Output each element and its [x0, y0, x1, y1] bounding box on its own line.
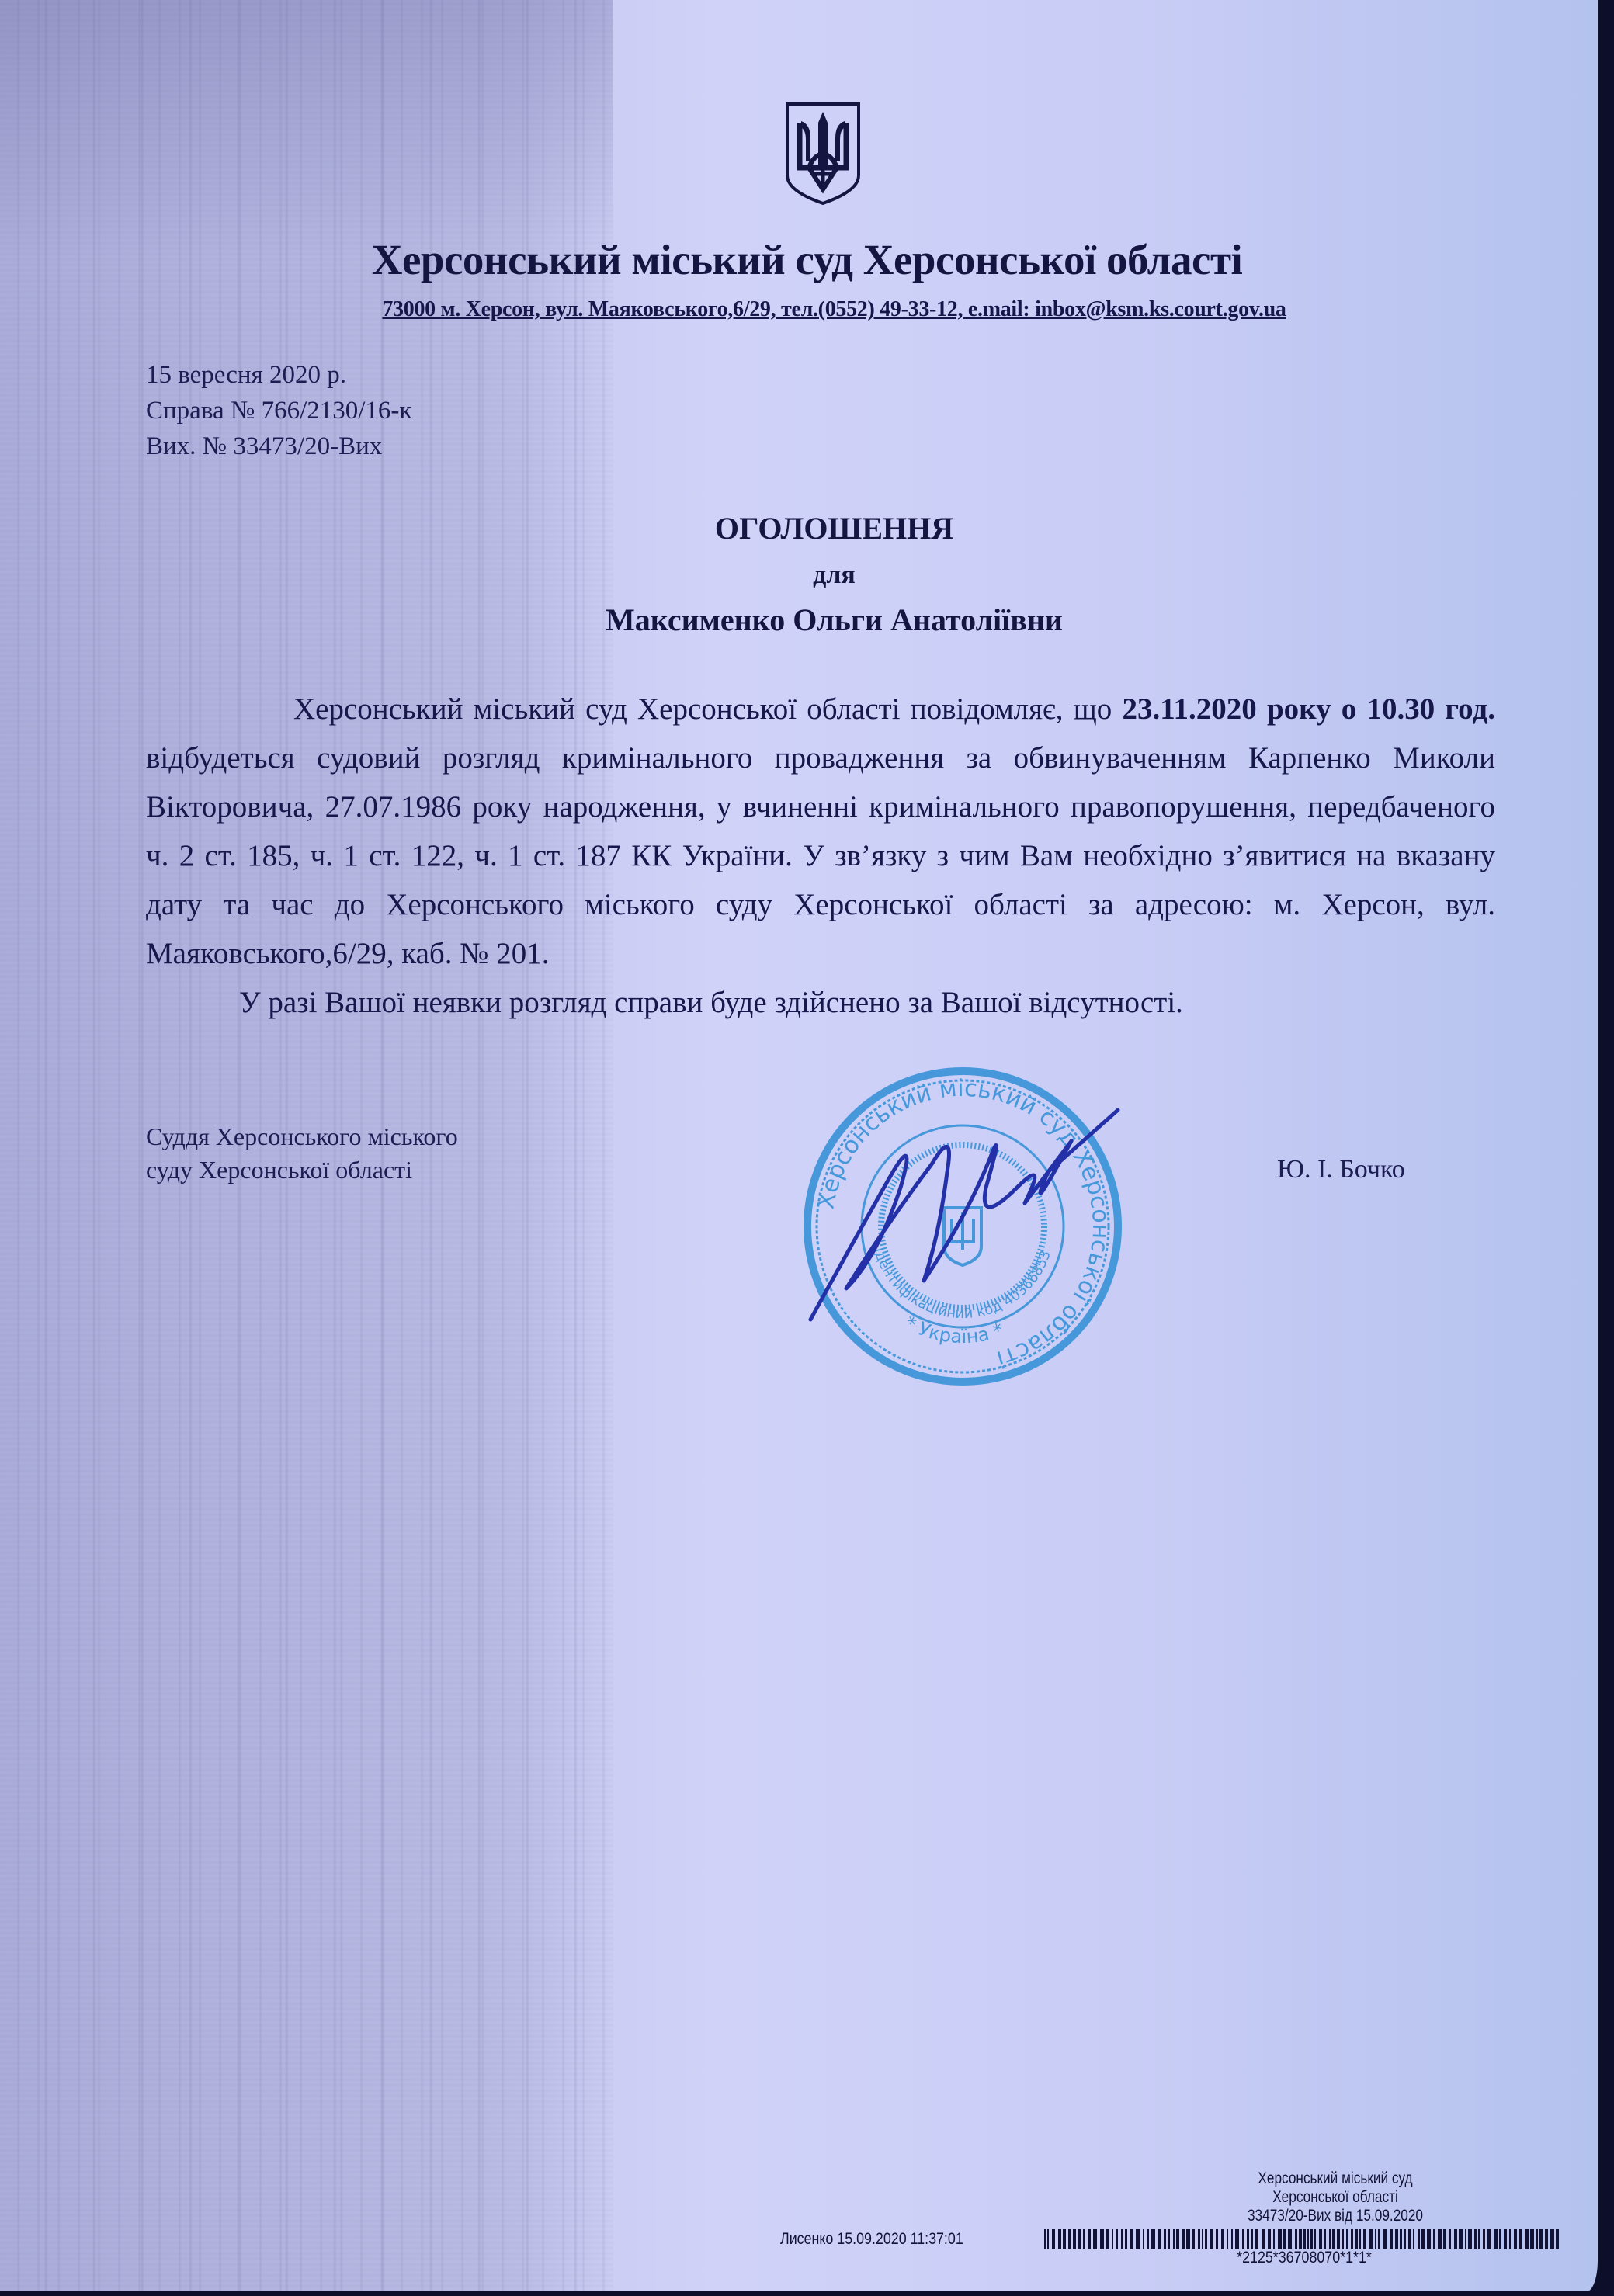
outgoing-number: Вих. № 33473/20-Вих [146, 428, 411, 464]
registry-line-3: 33473/20-Вих від 15.09.2020 [1182, 2207, 1488, 2225]
ukraine-coat-of-arms-icon [783, 99, 863, 206]
notice-paragraph-2: У разі Вашої неявки розгляд справи буде … [146, 978, 1495, 1027]
notice-text-start: Херсонський міський суд Херсонської обла… [293, 692, 1122, 726]
announcement-title: ОГОЛОШЕННЯ [0, 510, 1614, 546]
notice-body: Херсонський міський суд Херсонської обла… [146, 685, 1495, 1027]
court-address-line: 73000 м. Херсон, вул. Маяковського,6/29,… [0, 297, 1614, 322]
barcode-icon [1044, 2229, 1560, 2249]
case-number: Справа № 766/2130/16-к [146, 393, 411, 428]
registry-line-1: Херсонський міський суд [1182, 2169, 1488, 2188]
judge-title-line-2: суду Херсонської області [146, 1153, 458, 1187]
judge-name: Ю. І. Бочко [1277, 1155, 1405, 1184]
barcode-label: Лисенко 15.09.2020 11:37:01 [780, 2230, 998, 2249]
hearing-datetime: 23.11.2020 року о 10.30 год. [1122, 692, 1495, 726]
judge-title-line-1: Суддя Херсонського міського [146, 1120, 458, 1153]
barcode-code: *2125*36708070*1*1* [1206, 2249, 1404, 2267]
court-name-heading: Херсонський міський суд Херсонської обла… [0, 235, 1614, 284]
judge-title: Суддя Херсонського міського суду Херсонс… [146, 1120, 458, 1187]
notice-paragraph-1: Херсонський міський суд Херсонської обла… [146, 685, 1495, 978]
court-address-text: 73000 м. Херсон, вул. Маяковського,6/29,… [382, 297, 1286, 321]
announcement-for-label: для [0, 560, 1614, 590]
seal-inner-text: Ідентифікаційний код 40366853 [870, 1246, 1054, 1322]
registry-stamp: Херсонський міський суд Херсонської обла… [1182, 2169, 1488, 2225]
notice-text-rest: відбудеться судовий розгляд кримінальног… [146, 741, 1495, 970]
document-page: Херсонський міський суд Херсонської обла… [0, 0, 1598, 2291]
registry-line-2: Херсонської області [1182, 2188, 1488, 2207]
document-meta: 15 вересня 2020 р. Справа № 766/2130/16-… [146, 357, 411, 464]
scan-noise-shadow [0, 0, 613, 256]
barcode-row: Лисенко 15.09.2020 11:37:01 [780, 2228, 1560, 2251]
court-seal-stamp: Херсонський міський суд Херсонської обла… [792, 1056, 1133, 1397]
announcement-recipient: Максименко Ольги Анатоліївни [0, 602, 1614, 638]
document-date: 15 вересня 2020 р. [146, 357, 411, 393]
